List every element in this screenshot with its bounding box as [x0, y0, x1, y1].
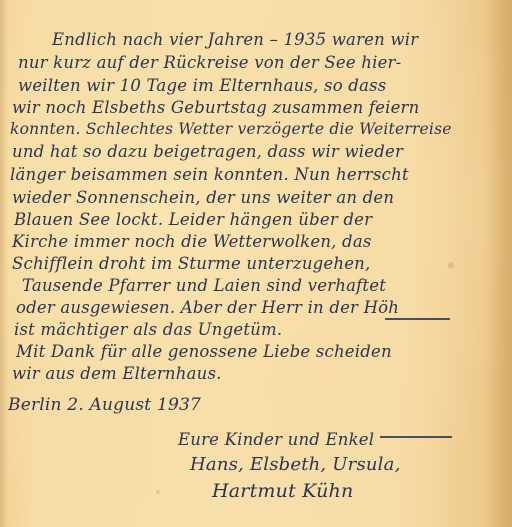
body-line: Endlich nach vier Jahren – 1935 waren wi…: [52, 30, 418, 49]
body-line: Kirche immer noch die Wetterwolken, das: [12, 232, 372, 251]
body-line: wir aus dem Elternhaus.: [12, 364, 222, 383]
body-line: Blauen See lockt. Leider hängen über der: [14, 210, 372, 229]
body-line: und hat so dazu beigetragen, dass wir wi…: [12, 142, 403, 161]
body-line: weilten wir 10 Tage im Elternhaus, so da…: [18, 76, 386, 95]
paper-left-shadow: [0, 0, 8, 527]
signature-names: Hans, Elsbeth, Ursula,: [190, 454, 401, 475]
body-line: nur kurz auf der Rückreise von der See h…: [18, 53, 401, 72]
place-and-date: Berlin 2. August 1937: [8, 395, 201, 415]
body-line: konnten. Schlechtes Wetter verzögerte di…: [10, 120, 452, 138]
dash-rule: [385, 318, 450, 320]
paper-stain: [448, 262, 454, 269]
body-line: oder ausgewiesen. Aber der Herr in der H…: [16, 298, 399, 317]
paper-stain: [156, 490, 160, 494]
signature-family-name: Hartmut Kühn: [212, 480, 353, 502]
paper-right-edge-shadow: [486, 0, 512, 527]
closing-underline: [380, 436, 452, 438]
closing-salutation: Eure Kinder und Enkel: [178, 430, 374, 449]
body-line: länger beisammen sein konnten. Nun herrs…: [10, 165, 409, 184]
body-line: wieder Sonnenschein, der uns weiter an d…: [12, 188, 394, 207]
body-line: ist mächtiger als das Ungetüm.: [14, 320, 282, 339]
letter-page: Endlich nach vier Jahren – 1935 waren wi…: [0, 0, 512, 527]
body-line: Mit Dank für alle genossene Liebe scheid…: [16, 342, 392, 361]
body-line: Tausende Pfarrer und Laien sind verhafte…: [22, 276, 386, 295]
body-line: wir noch Elsbeths Geburtstag zusammen fe…: [12, 98, 419, 117]
body-line: Schifflein droht im Sturme unterzugehen,: [12, 254, 370, 273]
